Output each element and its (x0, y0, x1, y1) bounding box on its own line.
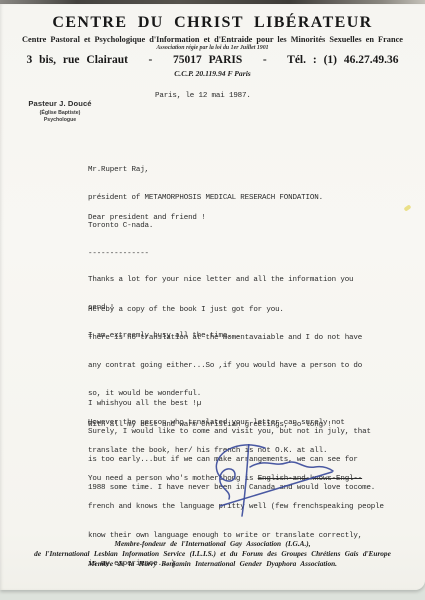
letterhead-subtitle: Centre Pastoral et Psychologique d'Infor… (0, 35, 425, 44)
letterhead-address-phone: 3 bis, rue Clairaut - 75017 PARIS - Tél.… (0, 54, 425, 66)
body-line: Thanks a lot for your nice letter and al… (88, 276, 353, 285)
closing-line: With all my best and warm Christian gree… (88, 421, 332, 430)
footer-line: de l'International Lesbian Information S… (0, 549, 425, 559)
recipient-city: Toronto C-nada. (88, 222, 323, 231)
body-line: I whishyou all the best !µ (88, 400, 375, 409)
sender-church: (Église Baptiste) (12, 110, 108, 116)
recipient-name: Mr.Rupert Raj, (88, 166, 323, 175)
sender-name: Pasteur J. Doucé (12, 99, 108, 108)
sender-profession: Psychologue (12, 117, 108, 123)
body-line: There is no translation at the momentava… (88, 334, 384, 343)
footer-memberships: Membre-fondeur de l'International Gay As… (0, 539, 425, 569)
letterhead-association-line: Association régie par la loi du 1er Juil… (0, 45, 425, 51)
signature-handwritten-icon (205, 444, 345, 539)
date-line: Paris, le 12 mai 1987. (155, 92, 251, 101)
sender-block: Pasteur J. Doucé (Église Baptiste) Psych… (12, 99, 108, 123)
body-line: Hereby a copy of the book I just got for… (88, 306, 384, 315)
letterhead-ccp: C.C.P. 20.119.94 F Paris (0, 69, 425, 78)
body-line: any contrat going either...So ,if you wo… (88, 362, 384, 371)
footer-line: Membre de la Harry Benjamin Internationa… (0, 559, 425, 569)
letterhead-title: CENTRE DU CHRIST LIBÉRATEUR (0, 14, 425, 32)
footer-line: Membre-fondeur de l'International Gay As… (0, 539, 425, 549)
recipient-block: Mr.Rupert Raj, président of METAMORPHOSI… (88, 147, 323, 269)
salutation: Dear president and friend ! (88, 214, 205, 223)
recipient-title: président of METAMORPHOSIS MEDICAL RESER… (88, 194, 323, 203)
